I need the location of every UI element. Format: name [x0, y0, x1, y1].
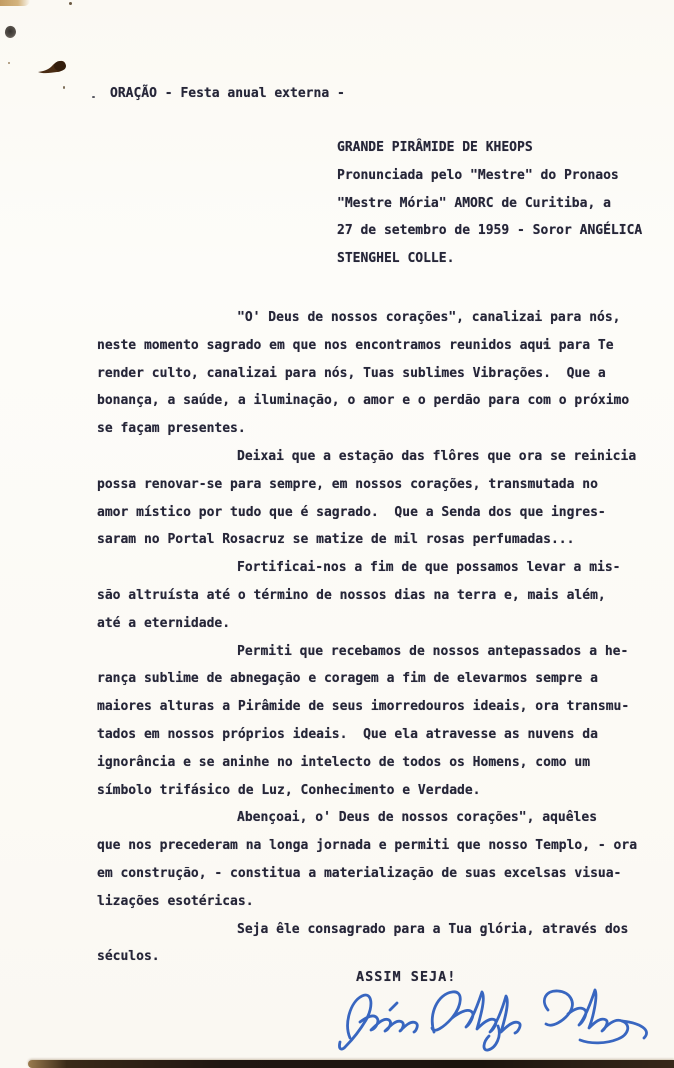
- text-line: se façam presentes.: [97, 415, 642, 443]
- text-line: tados em nossos próprios ideais. Que ela…: [97, 721, 642, 749]
- text-line: em construção, - constitua a materializa…: [97, 860, 642, 888]
- paper-speck: [8, 62, 10, 64]
- paper-speck: [63, 86, 65, 89]
- text-line: render culto, canalizai para nós, Tuas s…: [97, 360, 642, 388]
- document-title: ORAÇÃO - Festa anual externa -: [110, 86, 345, 101]
- text-line: são altruísta até o término de nossos di…: [97, 582, 642, 610]
- text-line: Permiti que recebamos de nossos antepass…: [97, 638, 642, 666]
- ink-blot: [4, 25, 18, 39]
- header-line: GRANDE PIRÂMIDE DE KHEOPS: [337, 134, 642, 162]
- text-line: Deixai que a estação das flôres que ora …: [97, 443, 642, 471]
- text-line: amor místico por tudo que é sagrado. Que…: [97, 499, 642, 527]
- ink-smudge-shape: [36, 54, 68, 76]
- text-line: que nos precederam na longa jornada e pe…: [97, 832, 642, 860]
- signature-ink: [330, 980, 674, 1065]
- text-line: Fortificai-nos a fim de que possamos lev…: [97, 554, 642, 582]
- ink-smudge: [36, 54, 68, 76]
- paper-speck: [92, 96, 95, 98]
- paper-speck: [69, 2, 72, 5]
- prayer-body: "O' Deus de nossos corações", canalizai …: [97, 304, 642, 971]
- header-line: Pronunciada pelo "Mestre" do Pronaos: [337, 162, 642, 190]
- paragraph: Fortificai-nos a fim de que possamos lev…: [97, 554, 642, 637]
- text-line: séculos.: [97, 943, 642, 971]
- header-line: "Mestre Mória" AMORC de Curitiba, a: [337, 190, 642, 218]
- paragraph: Abençoai, o' Deus de nossos corações", a…: [97, 804, 642, 915]
- text-line: Abençoai, o' Deus de nossos corações", a…: [97, 804, 642, 832]
- text-line: bonança, a saúde, a iluminação, o amor e…: [97, 387, 642, 415]
- text-line: símbolo trifásico de Luz, Conhecimento e…: [97, 777, 642, 805]
- paragraph: Deixai que a estação das flôres que ora …: [97, 443, 642, 554]
- scanned-document-page: ORAÇÃO - Festa anual externa - GRANDE PI…: [0, 0, 674, 1068]
- signature: [330, 980, 674, 1065]
- header-line: 27 de setembro de 1959 - Soror ANGÉLICA: [337, 217, 642, 245]
- text-line: "O' Deus de nossos corações", canalizai …: [97, 304, 642, 332]
- header-block: GRANDE PIRÂMIDE DE KHEOPS Pronunciada pe…: [337, 134, 642, 273]
- header-line: STENGHEL COLLE.: [337, 245, 642, 273]
- text-line: Seja êle consagrado para a Tua glória, a…: [97, 916, 642, 944]
- text-line: neste momento sagrado em que nos encontr…: [97, 332, 642, 360]
- text-line: maiores alturas a Pirâmide de seus imorr…: [97, 693, 642, 721]
- text-line: ignorância e se aninhe no intelecto de t…: [97, 749, 642, 777]
- text-line: lizações esotéricas.: [97, 888, 642, 916]
- paragraph: Permiti que recebamos de nossos antepass…: [97, 638, 642, 805]
- paragraph: Seja êle consagrado para a Tua glória, a…: [97, 916, 642, 972]
- text-line: saram no Portal Rosacruz se matize de mi…: [97, 526, 642, 554]
- paragraph: "O' Deus de nossos corações", canalizai …: [97, 304, 642, 443]
- text-line: possa renovar-se para sempre, em nossos …: [97, 471, 642, 499]
- text-line: rança sublime de abnegação e coragem a f…: [97, 665, 642, 693]
- paper-stain: [0, 0, 30, 6]
- text-line: até a eternidade.: [97, 610, 642, 638]
